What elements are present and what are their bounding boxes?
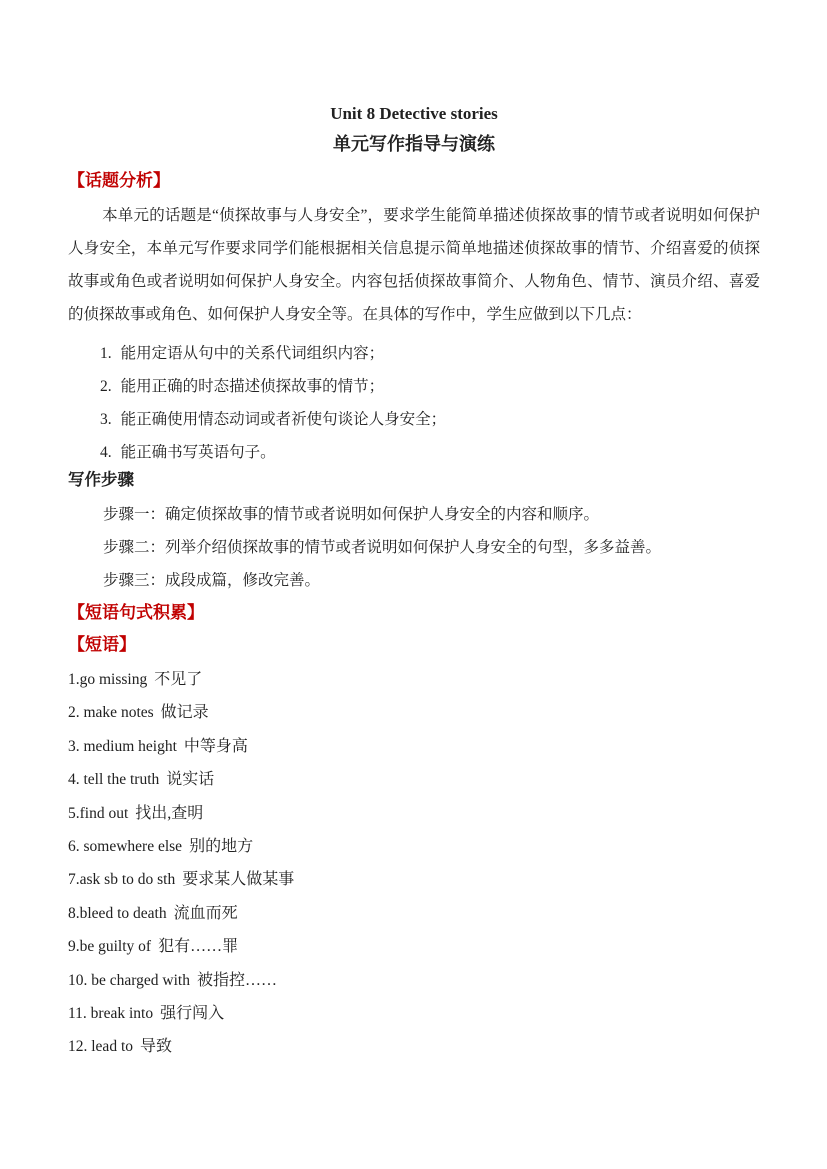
- section-header-phrases: 【短语】: [68, 634, 760, 655]
- phrase-english: 4. tell the truth: [68, 771, 159, 788]
- phrase-english: 5.find out: [68, 805, 128, 822]
- phrase-chinese: 做记录: [161, 704, 209, 721]
- phrase-item: 8.bleed to death流血而死: [68, 897, 760, 930]
- writing-point: 4.能正确书写英语句子。: [100, 436, 760, 469]
- point-number: 1.: [100, 345, 112, 362]
- point-text: 能正确书写英语句子。: [121, 444, 276, 461]
- phrase-item: 6. somewhere else别的地方: [68, 830, 760, 863]
- phrase-english: 2. make notes: [68, 704, 154, 721]
- phrase-chinese: 别的地方: [189, 838, 253, 855]
- writing-step: 步骤二：列举介绍侦探故事的情节或者说明如何保护人身安全的句型，多多益善。: [103, 531, 760, 564]
- section-header-phrase-accumulation: 【短语句式积累】: [68, 602, 760, 623]
- phrase-item: 9.be guilty of犯有……罪: [68, 930, 760, 963]
- phrase-english: 12. lead to: [68, 1038, 133, 1055]
- writing-steps-list: 步骤一：确定侦探故事的情节或者说明如何保护人身安全的内容和顺序。 步骤二：列举介…: [103, 498, 760, 597]
- writing-point: 1.能用定语从句中的关系代词组织内容；: [100, 337, 760, 370]
- writing-points-list: 1.能用定语从句中的关系代词组织内容； 2.能用正确的时态描述侦探故事的情节； …: [100, 337, 760, 469]
- phrase-english: 7.ask sb to do sth: [68, 871, 175, 888]
- document-page: Unit 8 Detective stories 单元写作指导与演练 【话题分析…: [0, 0, 827, 1169]
- point-text: 能正确使用情态动词或者祈使句谈论人身安全；: [121, 411, 447, 428]
- phrase-chinese: 被指控……: [197, 972, 277, 989]
- phrase-chinese: 中等身高: [184, 738, 248, 755]
- phrase-english: 11. break into: [68, 1005, 153, 1022]
- document-title: Unit 8 Detective stories: [68, 0, 760, 124]
- phrase-item: 4. tell the truth说实话: [68, 763, 760, 796]
- point-number: 3.: [100, 411, 112, 428]
- document-subtitle: 单元写作指导与演练: [68, 133, 760, 155]
- point-number: 2.: [100, 378, 112, 395]
- point-text: 能用定语从句中的关系代词组织内容；: [121, 345, 385, 362]
- phrase-item: 7.ask sb to do sth要求某人做某事: [68, 863, 760, 896]
- phrase-english: 10. be charged with: [68, 972, 190, 989]
- phrase-chinese: 导致: [140, 1038, 172, 1055]
- phrase-chinese: 要求某人做某事: [182, 871, 294, 888]
- section-header-writing-steps: 写作步骤: [68, 469, 760, 490]
- topic-analysis-paragraph: 本单元的话题是“侦探故事与人身安全”，要求学生能简单描述侦探故事的情节或者说明如…: [68, 199, 760, 331]
- phrase-list: 1.go missing不见了 2. make notes做记录 3. medi…: [68, 663, 760, 1064]
- phrase-item: 11. break into强行闯入: [68, 997, 760, 1030]
- phrase-chinese: 流血而死: [174, 905, 238, 922]
- writing-step: 步骤三：成段成篇，修改完善。: [103, 564, 760, 597]
- phrase-item: 3. medium height中等身高: [68, 730, 760, 763]
- point-number: 4.: [100, 444, 112, 461]
- phrase-chinese: 犯有……罪: [158, 938, 238, 955]
- phrase-english: 1.go missing: [68, 671, 147, 688]
- phrase-item: 10. be charged with被指控……: [68, 964, 760, 997]
- phrase-english: 3. medium height: [68, 738, 177, 755]
- section-header-topic-analysis: 【话题分析】: [68, 170, 760, 191]
- phrase-item: 1.go missing不见了: [68, 663, 760, 696]
- phrase-chinese: 不见了: [154, 671, 202, 688]
- phrase-item: 5.find out找出,查明: [68, 797, 760, 830]
- phrase-item: 2. make notes做记录: [68, 696, 760, 729]
- writing-point: 3.能正确使用情态动词或者祈使句谈论人身安全；: [100, 403, 760, 436]
- phrase-chinese: 强行闯入: [160, 1005, 224, 1022]
- phrase-item: 12. lead to导致: [68, 1030, 760, 1063]
- phrase-chinese: 说实话: [166, 771, 214, 788]
- phrase-english: 8.bleed to death: [68, 905, 167, 922]
- phrase-english: 6. somewhere else: [68, 838, 182, 855]
- writing-step: 步骤一：确定侦探故事的情节或者说明如何保护人身安全的内容和顺序。: [103, 498, 760, 531]
- phrase-english: 9.be guilty of: [68, 938, 151, 955]
- writing-point: 2.能用正确的时态描述侦探故事的情节；: [100, 370, 760, 403]
- point-text: 能用正确的时态描述侦探故事的情节；: [121, 378, 385, 395]
- phrase-chinese: 找出,查明: [135, 805, 203, 822]
